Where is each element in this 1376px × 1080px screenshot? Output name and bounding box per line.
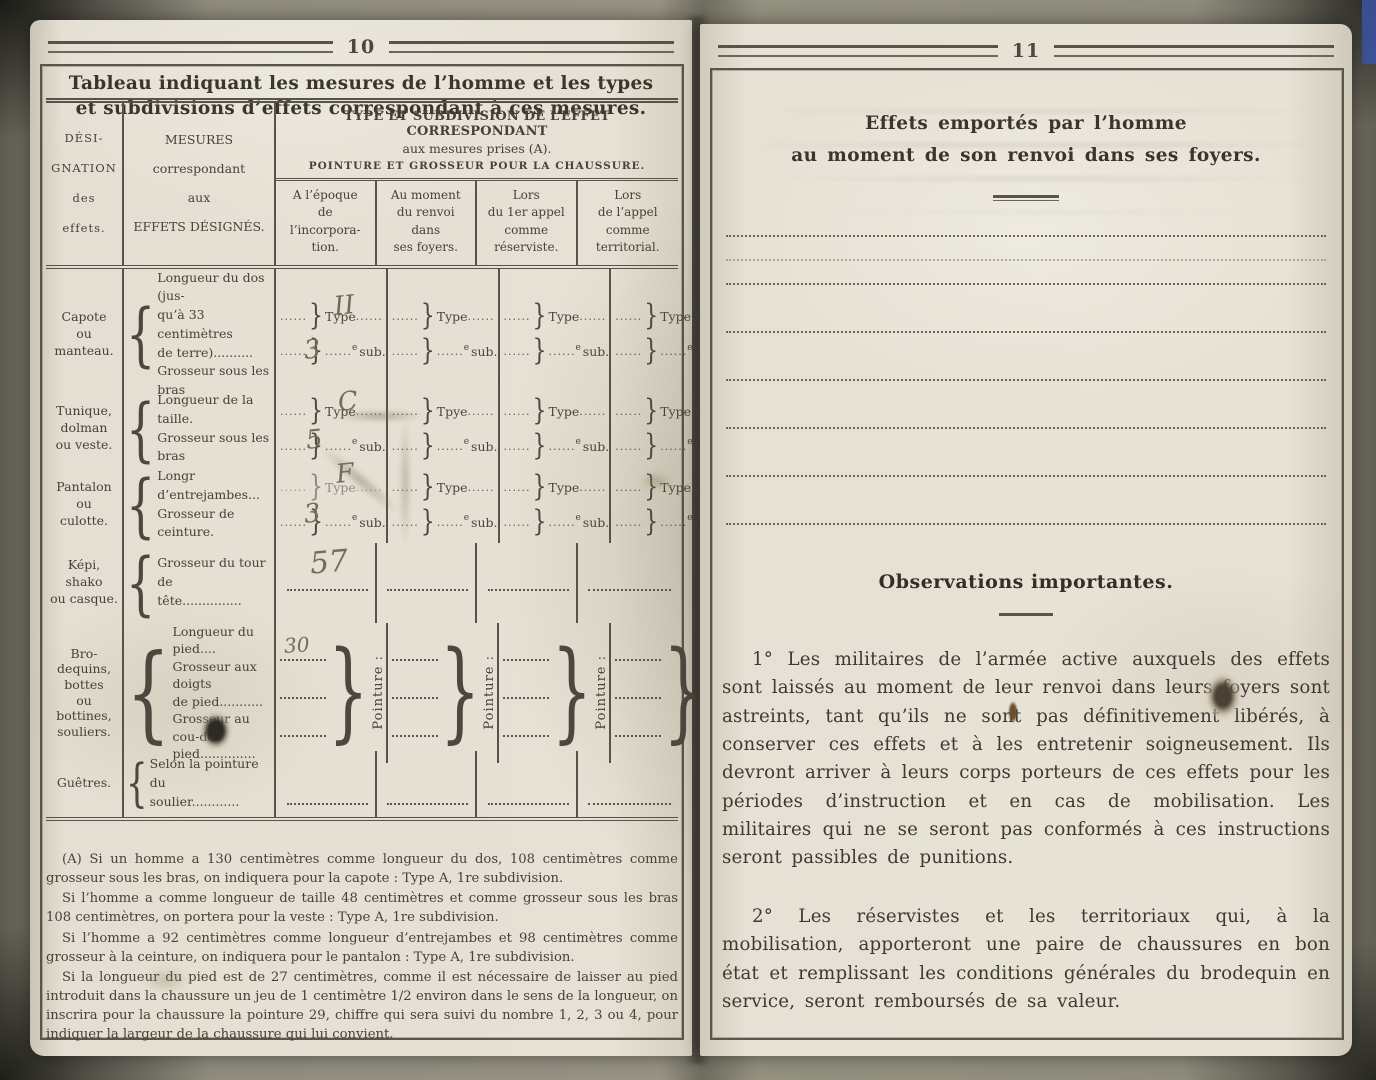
scanned-booklet: 10 Tableau indiquant les mesures de l’ho…	[0, 0, 1376, 1080]
entry-cell-pointure: } Pointure :	[499, 623, 611, 763]
period-column-headers: A l’époque de l’incorpora- tion. Au mome…	[276, 181, 678, 265]
measures: { Longueur du dos (jus- qu’à 33 centimèt…	[124, 269, 276, 400]
entry-cell	[477, 543, 578, 623]
entry-cell	[578, 543, 679, 623]
header-rule-left	[718, 45, 998, 57]
page-11: 11 Effets emportés par l’homme au moment…	[700, 24, 1352, 1056]
designation-header: DÉSI- GNATION des effets.	[46, 103, 124, 265]
table-row-brodequins: Bro- dequins, bottes ou bottines, soulie…	[46, 623, 678, 751]
dotted-entry-line: 30	[280, 649, 326, 661]
designation: Guêtres.	[46, 751, 124, 817]
entry-cell: ......}Type...... ......}......esub.	[388, 269, 500, 400]
col-header-incorporation: A l’époque de l’incorpora- tion.	[276, 181, 377, 265]
measures-header: MESURES correspondant aux EFFETS DÉSIGNÉ…	[124, 103, 276, 265]
entry-cell: ......}Type...... ......}......esub. II …	[276, 269, 388, 400]
page-11-header: 11	[718, 40, 1334, 62]
col-header-territorial: Lors de l’appel comme territorial.	[578, 181, 679, 265]
entry-cell	[276, 751, 377, 817]
blank-line	[726, 259, 1326, 261]
entry-cell: ......}Type...... ......}......esub.	[500, 467, 612, 543]
measures: { Grosseur du tour de tête..............…	[124, 543, 276, 623]
entry-cell: ......}Type...... ......}......esub. F 3	[276, 467, 388, 543]
table-row-guetres: Guêtres. { Selon la pointure du soulier.…	[46, 751, 678, 821]
table-row-kepi: Képi, shako ou casque. { Grosseur du tou…	[46, 543, 678, 623]
page-10-header: 10	[48, 36, 674, 58]
entry-cell	[377, 543, 478, 623]
designation: Pantalon ou culotte.	[46, 467, 124, 543]
page-10: 10 Tableau indiquant les mesures de l’ho…	[30, 20, 692, 1056]
entry-cell: ......}Type...... ......}......esub.	[500, 391, 612, 467]
table-row-pantalon: Pantalon ou culotte. { Longr d’entrejamb…	[46, 467, 678, 543]
entry-cell: ......}Tpye...... ......}......esub.	[388, 391, 500, 467]
table-header: DÉSI- GNATION des effets. MESURES corres…	[46, 103, 678, 269]
footnote-paragraph: (A) Si un homme a 130 centimètres comme …	[46, 850, 678, 888]
designation: Capote ou manteau.	[46, 269, 124, 400]
entry-cell	[477, 751, 578, 817]
dotted-entry-line	[287, 575, 368, 591]
group-header-line3: POINTURE ET GROSSEUR POUR LA CHAUSSURE.	[276, 156, 678, 181]
footnote-paragraph: Si la longueur du pied est de 27 centimè…	[46, 968, 678, 1045]
col-header-renvoi: Au moment du renvoi dans ses foyers.	[377, 181, 478, 265]
page-number: 11	[1012, 40, 1040, 62]
designation: Képi, shako ou casque.	[46, 543, 124, 623]
entry-cell: ......}Type...... ......}......esub. C 5	[276, 391, 388, 467]
entry-cell: ......}Type...... ......}......esub.	[388, 467, 500, 543]
header-rule-right	[389, 41, 674, 53]
entry-cell	[578, 751, 679, 817]
entry-cell	[377, 751, 478, 817]
type-subdivision-header-group: TYPE ET SUBDIVISION DE L’EFFET CORRESPON…	[276, 103, 678, 265]
footnote-paragraph: Si l’homme a 92 centimètres comme longue…	[46, 929, 678, 967]
entry-cell: 57	[276, 543, 377, 623]
measures: { Longueur de la taille. Grosseur sous l…	[124, 391, 276, 467]
brace: }	[309, 300, 323, 333]
footnote-paragraph: Si l’homme a comme longueur de taille 48…	[46, 889, 678, 927]
header-rule-right	[1054, 45, 1334, 57]
header-rule-left	[48, 41, 333, 53]
entry-cell-pointure: 30 } Pointure :	[276, 623, 388, 763]
footnote: (A) Si un homme a 130 centimètres comme …	[46, 850, 678, 1045]
table-row-capote: Capote ou manteau. { Longueur du dos (ju…	[46, 269, 678, 391]
group-header-line1: TYPE ET SUBDIVISION DE L’EFFET CORRESPON…	[276, 103, 678, 139]
measures-table: DÉSI- GNATION des effets. MESURES corres…	[46, 98, 678, 821]
measures: { Longr d’entrejambes... Grosseur de cei…	[124, 467, 276, 543]
measures: { Selon la pointure du soulier..........…	[124, 751, 276, 817]
entry-cell: ......}Type...... ......}......esub.	[500, 269, 612, 400]
handwritten-foot-length: 30	[283, 632, 310, 658]
table-row-tunique: Tunique, dolman ou veste. { Longueur de …	[46, 391, 678, 467]
pointure-label: Pointure :	[371, 655, 386, 730]
scan-edge-artifact	[1362, 0, 1376, 64]
designation: Tunique, dolman ou veste.	[46, 391, 124, 467]
col-header-reserviste: Lors du 1er appel comme réserviste.	[477, 181, 578, 265]
measures: { Longueur du pied.... Grosseur aux doig…	[124, 623, 276, 763]
ink-bleedthrough	[760, 94, 1312, 224]
entry-cell-pointure: } Pointure :	[388, 623, 500, 763]
designation: Bro- dequins, bottes ou bottines, soulie…	[46, 623, 124, 763]
page-number: 10	[347, 36, 375, 58]
group-header-line2: aux mesures prises (A).	[276, 139, 678, 156]
